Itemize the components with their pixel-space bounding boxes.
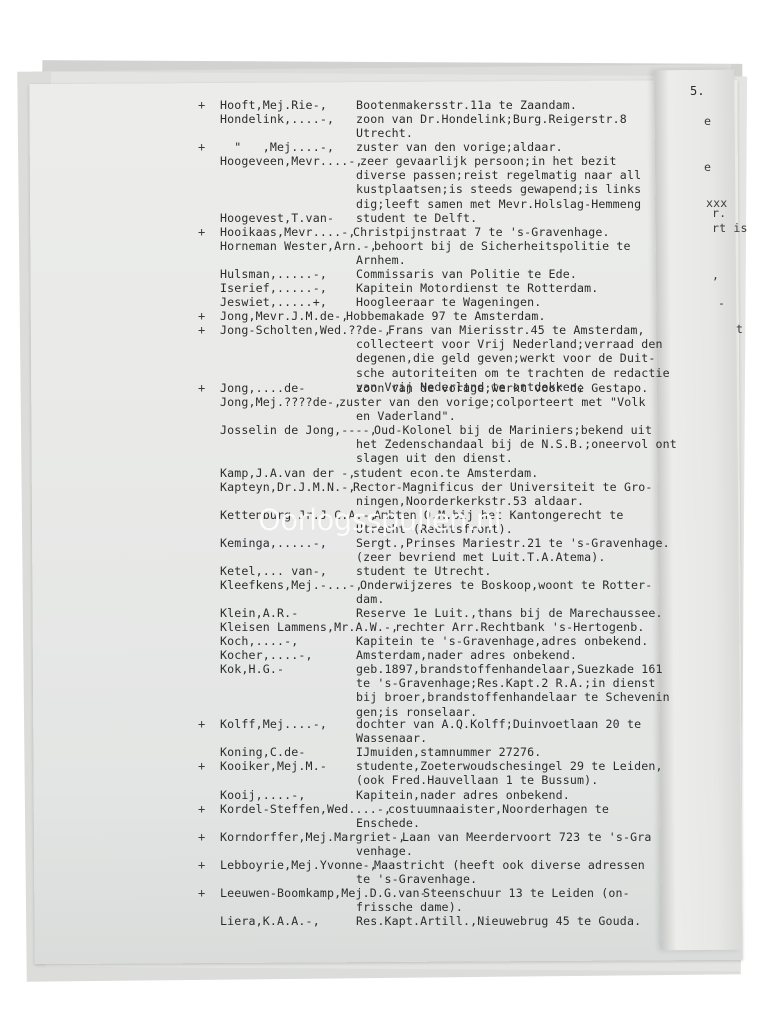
entry-description: Maastricht (heeft ook diverse adressen: [374, 858, 645, 872]
entry-description: Kapitein,nader adres onbekend.: [356, 788, 570, 802]
entry-name: Kamp,J.A.van der -,: [220, 466, 355, 480]
entry-description: rechter Arr.Rechtbank 's-Hertogenb.: [395, 620, 645, 634]
plus-mark-icon: +: [198, 140, 205, 154]
entry-description: dam.: [356, 592, 385, 606]
entry-description: dig;leeft samen met Mevr.Holslag-Hemmeng: [356, 197, 641, 211]
fold-text-fragment: r.: [712, 206, 726, 220]
entry-description: zuster van den vorige;aldaar.: [356, 140, 563, 154]
entry-name: Koning,C.de-: [220, 745, 306, 759]
entry-name: Horneman Wester,Arn.-,: [220, 239, 377, 253]
entry-name: Hoogevest,T.van-: [220, 211, 334, 225]
entry-description: Kapitein Motordienst te Rotterdam.: [356, 281, 598, 295]
entry-name: Hooft,Mej.Rie-,: [220, 98, 327, 112]
fold-text-fragment: e: [704, 160, 711, 174]
entry-description: costuumnaaister,Noorderhagen te: [388, 802, 609, 816]
entry-description: diverse passen;reist regelmatig naar all: [356, 168, 641, 182]
plus-mark-icon: +: [198, 309, 205, 323]
fold-text-fragment: t: [736, 322, 743, 336]
entry-name: Klein,A.R.-: [220, 606, 298, 620]
entry-description: venhage.: [356, 844, 413, 858]
entry-name: Korndorffer,Mej.Margriet-,: [220, 830, 405, 844]
entry-name: Ketel,... van-,: [220, 564, 327, 578]
entry-name: Jong,....de-: [220, 381, 306, 395]
entry-name: Jong-Scholten,Wed.??de-,: [220, 323, 391, 337]
entry-name: Hulsman,.....-,: [220, 267, 327, 281]
entry-description: slagen uit den dienst.: [356, 451, 513, 465]
entry-description: dochter van A.Q.Kolff;Duinvoetlaan 20 te: [356, 717, 641, 731]
entry-name: Hooikaas,Mevr....-,: [220, 225, 355, 239]
plus-mark-icon: +: [198, 830, 205, 844]
entry-description: kustplaatsen;is steeds gewapend;is links: [356, 182, 641, 196]
entry-description: te 's-Gravenhage;Res.Kapt.2 R.A.;in dien…: [356, 676, 655, 690]
entry-description: collecteert voor Vrij Nederland;verraad …: [356, 337, 663, 351]
entry-description: Hoogleeraar te Wageningen.: [356, 295, 541, 309]
entry-name: Leeuwen-Boomkamp,Mej.D.G.van-: [220, 886, 427, 900]
fold-text-fragment: -: [718, 296, 725, 310]
entry-description: degenen,die geld geven;werkt voor de Dui…: [356, 351, 655, 365]
entry-name: Lebboyrie,Mej.Yvonne-,: [220, 858, 377, 872]
entry-description: behoort bij de Sicherheitspolitie te: [374, 239, 631, 253]
entry-description: Arnhem.: [356, 253, 406, 267]
entry-name: Josselin de Jong,----,: [220, 423, 377, 437]
entry-description: Utrecht.: [356, 126, 413, 140]
entry-name: Hondelink,....-,: [220, 112, 334, 126]
entry-description: Kapitein te 's-Gravenhage,adres onbekend…: [356, 634, 648, 648]
entry-description: (zeer bevriend met Luit.T.A.Atema).: [356, 550, 606, 564]
fold-text-fragment: rt is: [712, 221, 748, 235]
entry-description: Enschede.: [356, 816, 420, 830]
entry-description: zuster van den vorige;colporteert met "V…: [339, 395, 646, 409]
plus-mark-icon: +: [198, 381, 205, 395]
entry-name: Iserief,.....-,: [220, 281, 327, 295]
entry-name: Kok,H.G.-: [220, 662, 284, 676]
entry-description: zoon van Dr.Hondelink;Burg.Reigerstr.8: [356, 112, 627, 126]
entry-description: het Zedenschandaal bij de N.S.B.;oneervo…: [356, 437, 677, 451]
plus-mark-icon: +: [198, 886, 205, 900]
entry-description: Rector-Magnificus der Universiteit te Gr…: [353, 480, 652, 494]
entry-description: IJmuiden,stamnummer 27276.: [356, 745, 541, 759]
entry-description: sche autoriteiten om te trachten de reda…: [356, 366, 670, 380]
entry-description: student te Utrecht.: [356, 564, 491, 578]
page-number: 5.: [690, 84, 705, 98]
entry-description: geb.1897,brandstoffenhandelaar,Suezkade …: [356, 662, 663, 676]
entry-name: Kleefkens,Mej.-...-,: [220, 578, 363, 592]
entry-description: Wassenaar.: [356, 731, 427, 745]
entry-description: en Vaderland".: [356, 409, 456, 423]
entry-description: zeer gevaarlijk persoon;in het bezit: [360, 154, 617, 168]
entry-name: " ,Mej....-,: [220, 140, 334, 154]
entry-description: Bootenmakersstr.11a te Zaandam.: [356, 98, 577, 112]
entry-name: Kooiker,Mej.M.-: [220, 759, 327, 773]
entry-name: Jeswiet,.....+,: [220, 295, 327, 309]
entry-description: student te Delft.: [356, 211, 477, 225]
entry-name: Jong,Mej.????de-,: [220, 395, 341, 409]
plus-mark-icon: +: [198, 759, 205, 773]
plus-mark-icon: +: [198, 323, 205, 337]
entry-description: Laan van Meerdervoort 723 te 's-Gra: [402, 830, 652, 844]
entry-name: Liera,K.A.A.-,: [220, 914, 320, 928]
entry-name: Kordel-Steffen,Wed....-,: [220, 802, 391, 816]
entry-description: Sergt.,Prinses Mariestr.21 te 's-Gravenh…: [356, 536, 670, 550]
plus-mark-icon: +: [198, 717, 205, 731]
entry-description: frissche dame).: [356, 900, 463, 914]
entry-description: zoon van de vorige;werkt voor de Gestapo…: [356, 381, 648, 395]
entry-name: Keminga,.....-,: [220, 536, 327, 550]
entry-description: te 's-Gravenhage.: [356, 872, 477, 886]
plus-mark-icon: +: [198, 225, 205, 239]
entry-description: Oud-Kolonel bij de Mariniers;bekend uit: [374, 423, 652, 437]
entry-description: Amsterdam,nader adres onbekend.: [356, 648, 577, 662]
entry-description: Res.Kapt.Artill.,Nieuwebrug 45 te Gouda.: [356, 914, 641, 928]
entry-name: Hoogeveen,Mevr....-,: [220, 154, 363, 168]
entry-description: Onderwijzeres te Boskoop,woont te Rotter…: [360, 578, 652, 592]
fold-text-fragment: e: [704, 114, 711, 128]
entry-name: Kocher,....-,: [220, 648, 313, 662]
entry-description: Frans van Mierisstr.45 te Amsterdam,: [388, 323, 645, 337]
entry-description: Steenschuur 13 te Leiden (on-: [423, 886, 630, 900]
plus-mark-icon: +: [198, 98, 205, 112]
watermark: Oorlogsspullen.nl: [258, 503, 501, 537]
entry-name: Jong,Mevr.J.M.de-,: [220, 309, 348, 323]
entry-name: Kolff,Mej....-,: [220, 717, 327, 731]
fold-text-fragment: ,: [712, 268, 719, 282]
entry-description: Christpijnstraat 7 te 's-Gravenhage.: [353, 225, 610, 239]
entry-description: studente,Zoeterwoudschesingel 29 te Leid…: [356, 759, 663, 773]
entry-description: (ook Fred.Hauvellaan 1 te Bussum).: [356, 773, 598, 787]
entry-description: student econ.te Amsterdam.: [353, 466, 538, 480]
plus-mark-icon: +: [198, 858, 205, 872]
entry-name: Kleisen Lammens,Mr.A.W.-,: [220, 620, 398, 634]
entry-description: Reserve 1e Luit.,thans bij de Marechauss…: [356, 606, 663, 620]
entry-description: Hobbemakade 97 te Amsterdam.: [346, 309, 546, 323]
entry-name: Kooij,....-,: [220, 788, 306, 802]
plus-mark-icon: +: [198, 802, 205, 816]
entry-name: Kapteyn,Dr.J.M.N.-,: [220, 480, 355, 494]
entry-description: bij broer,brandstoffenhandelaar te Schev…: [356, 690, 670, 704]
entry-name: Koch,....-,: [220, 634, 298, 648]
entry-description: Commissaris van Politie te Ede.: [356, 267, 577, 281]
